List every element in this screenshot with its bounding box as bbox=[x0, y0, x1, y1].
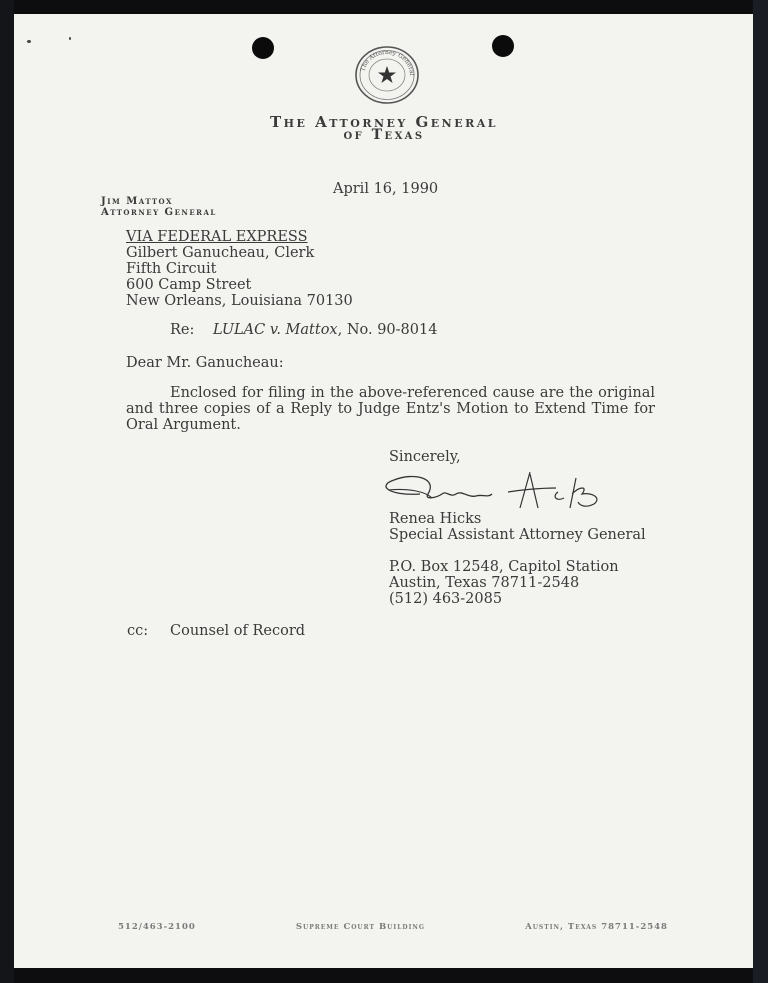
closing: Sincerely, bbox=[389, 449, 461, 465]
re-line: LULAC v. Mattox, No. 90-8014 bbox=[213, 322, 437, 338]
recipient-line: Gilbert Ganucheau, Clerk bbox=[126, 245, 314, 261]
scan-border-left bbox=[0, 0, 14, 983]
signer-name: Renea Hicks bbox=[389, 511, 481, 527]
delivery-method: VIA FEDERAL EXPRESS bbox=[126, 229, 308, 245]
footer-city: Austin, Texas 78711-2548 bbox=[525, 922, 668, 932]
body-text: Enclosed for filing in the above-referen… bbox=[126, 385, 655, 433]
scan-border-right bbox=[753, 0, 768, 983]
footer-building: Supreme Court Building bbox=[296, 922, 425, 932]
case-name: LULAC v. Mattox bbox=[213, 322, 338, 338]
scan-speck bbox=[69, 37, 71, 40]
signer-address-line: Austin, Texas 78711-2548 bbox=[389, 575, 579, 591]
state-seal-icon: The Attorney General of Texas bbox=[354, 45, 420, 105]
recipient-line: 600 Camp Street bbox=[126, 277, 251, 293]
attorney-general-title: Attorney General bbox=[101, 207, 217, 218]
footer-phone: 512/463-2100 bbox=[118, 922, 196, 932]
signer-address-line: P.O. Box 12548, Capitol Station bbox=[389, 559, 619, 575]
case-number: , No. 90-8014 bbox=[338, 322, 438, 338]
letterhead-subtitle: of Texas bbox=[0, 127, 768, 143]
recipient-line: New Orleans, Louisiana 70130 bbox=[126, 293, 353, 309]
recipient-line: Fifth Circuit bbox=[126, 261, 216, 277]
signer-title: Special Assistant Attorney General bbox=[389, 527, 646, 543]
cc-value: Counsel of Record bbox=[170, 623, 305, 639]
punch-hole-right bbox=[492, 35, 514, 57]
punch-hole-left bbox=[252, 37, 274, 59]
body-paragraph: Enclosed for filing in the above-referen… bbox=[126, 385, 655, 433]
letterhead-footer: 512/463-2100 Supreme Court Building Aust… bbox=[118, 922, 668, 932]
svg-text:The Attorney General of Texas: The Attorney General of Texas bbox=[354, 45, 415, 76]
salutation: Dear Mr. Ganucheau: bbox=[126, 355, 284, 371]
attorney-general-name: Jim Mattox bbox=[101, 196, 173, 207]
cc-label: cc: bbox=[127, 623, 148, 639]
re-label: Re: bbox=[170, 322, 194, 338]
signer-phone: (512) 463-2085 bbox=[389, 591, 502, 607]
handwritten-signature bbox=[380, 468, 620, 514]
scan-speck bbox=[27, 40, 31, 43]
letter-date: April 16, 1990 bbox=[333, 181, 438, 197]
